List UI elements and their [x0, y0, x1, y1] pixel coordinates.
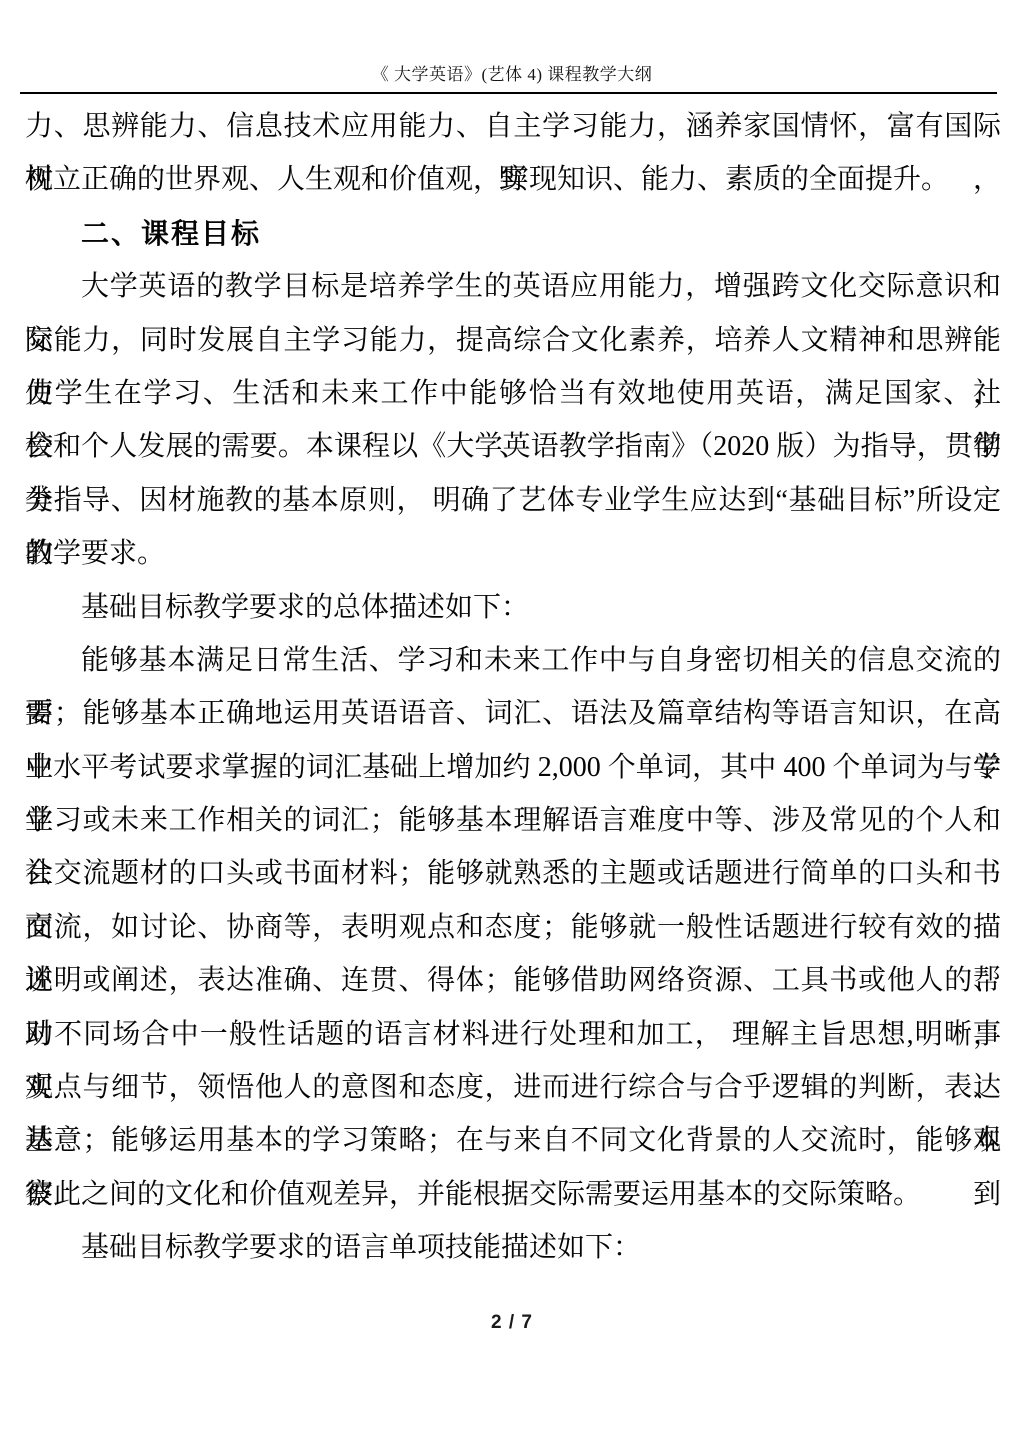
body-line: 大学英语的教学目标是培养学生的英语应用能力，增强跨文化交际意识和交: [25, 260, 1001, 313]
body-line: 使学生在学习、生活和未来工作中能够恰当有效地使用英语，满足国家、社会、学: [25, 367, 1001, 420]
body-line: 力、思辨能力、信息技术应用能力、自主学习能力，涵养家国情怀，富有国际视野，: [25, 100, 1001, 153]
page-header-title: 《 大学英语》(艺体 4) 课程教学大纲: [0, 60, 1024, 85]
body-line: 达意；能够运用基本的学习策略；在与来自不同文化背景的人交流时，能够观察到: [25, 1114, 1001, 1167]
body-line: 彼此之间的文化和价值观差异，并能根据交际需要运用基本的交际策略。: [25, 1168, 1001, 1221]
body-line: 基础目标教学要求的语言单项技能描述如下：: [25, 1221, 1001, 1274]
section-heading: 二、课程目标: [25, 207, 1001, 260]
body-line: 对不同场合中一般性话题的语言材料进行处理和加工， 理解主旨思想,明晰事实、: [25, 1008, 1001, 1061]
body-line: 教学要求。: [25, 527, 1001, 580]
body-line: 交流，如讨论、协商等，表明观点和态度；能够就一般性话题进行较有效的描述、: [25, 901, 1001, 954]
document-page: 《 大学英语》(艺体 4) 课程教学大纲 力、思辨能力、信息技术应用能力、自主学…: [0, 0, 1024, 1447]
document-body: 力、思辨能力、信息技术应用能力、自主学习能力，涵养家国情怀，富有国际视野， 树立…: [25, 100, 1001, 1275]
body-line: 类指导、因材施教的基本原则， 明确了艺体专业学生应达到“基础目标”所设定的: [25, 474, 1001, 527]
header-divider: [20, 92, 997, 94]
body-line: 校和个人发展的需要。本课程以《大学英语教学指南》（2020 版）为指导，贯彻分: [25, 420, 1001, 473]
body-line: 基础目标教学要求的总体描述如下：: [25, 581, 1001, 634]
page-number: 2 / 7: [491, 1312, 533, 1333]
body-line: 要；能够基本正确地运用英语语音、词汇、语法及篇章结构等语言知识，在高中学: [25, 687, 1001, 740]
page-footer: 2 / 7: [0, 1312, 1024, 1334]
body-line: 树立正确的世界观、人生观和价值观，实现知识、能力、素质的全面提升。: [25, 153, 1001, 206]
body-line: 说明或阐述，表达准确、连贯、得体；能够借助网络资源、工具书或他人的帮助，: [25, 954, 1001, 1007]
body-line: 际能力，同时发展自主学习能力，提高综合文化素养，培养人文精神和思辨能力，: [25, 314, 1001, 367]
body-line: 学习或未来工作相关的词汇；能够基本理解语言难度中等、涉及常见的个人和社: [25, 794, 1001, 847]
body-line: 会交流题材的口头或书面材料；能够就熟悉的主题或话题进行简单的口头和书面: [25, 847, 1001, 900]
body-line: 能够基本满足日常生活、学习和未来工作中与自身密切相关的信息交流的需: [25, 634, 1001, 687]
body-line: 观点与细节，领悟他人的意图和态度，进而进行综合与合乎逻辑的判断，表达基本: [25, 1061, 1001, 1114]
body-line: 业水平考试要求掌握的词汇基础上增加约 2,000 个单词，其中 400 个单词为…: [25, 741, 1001, 794]
